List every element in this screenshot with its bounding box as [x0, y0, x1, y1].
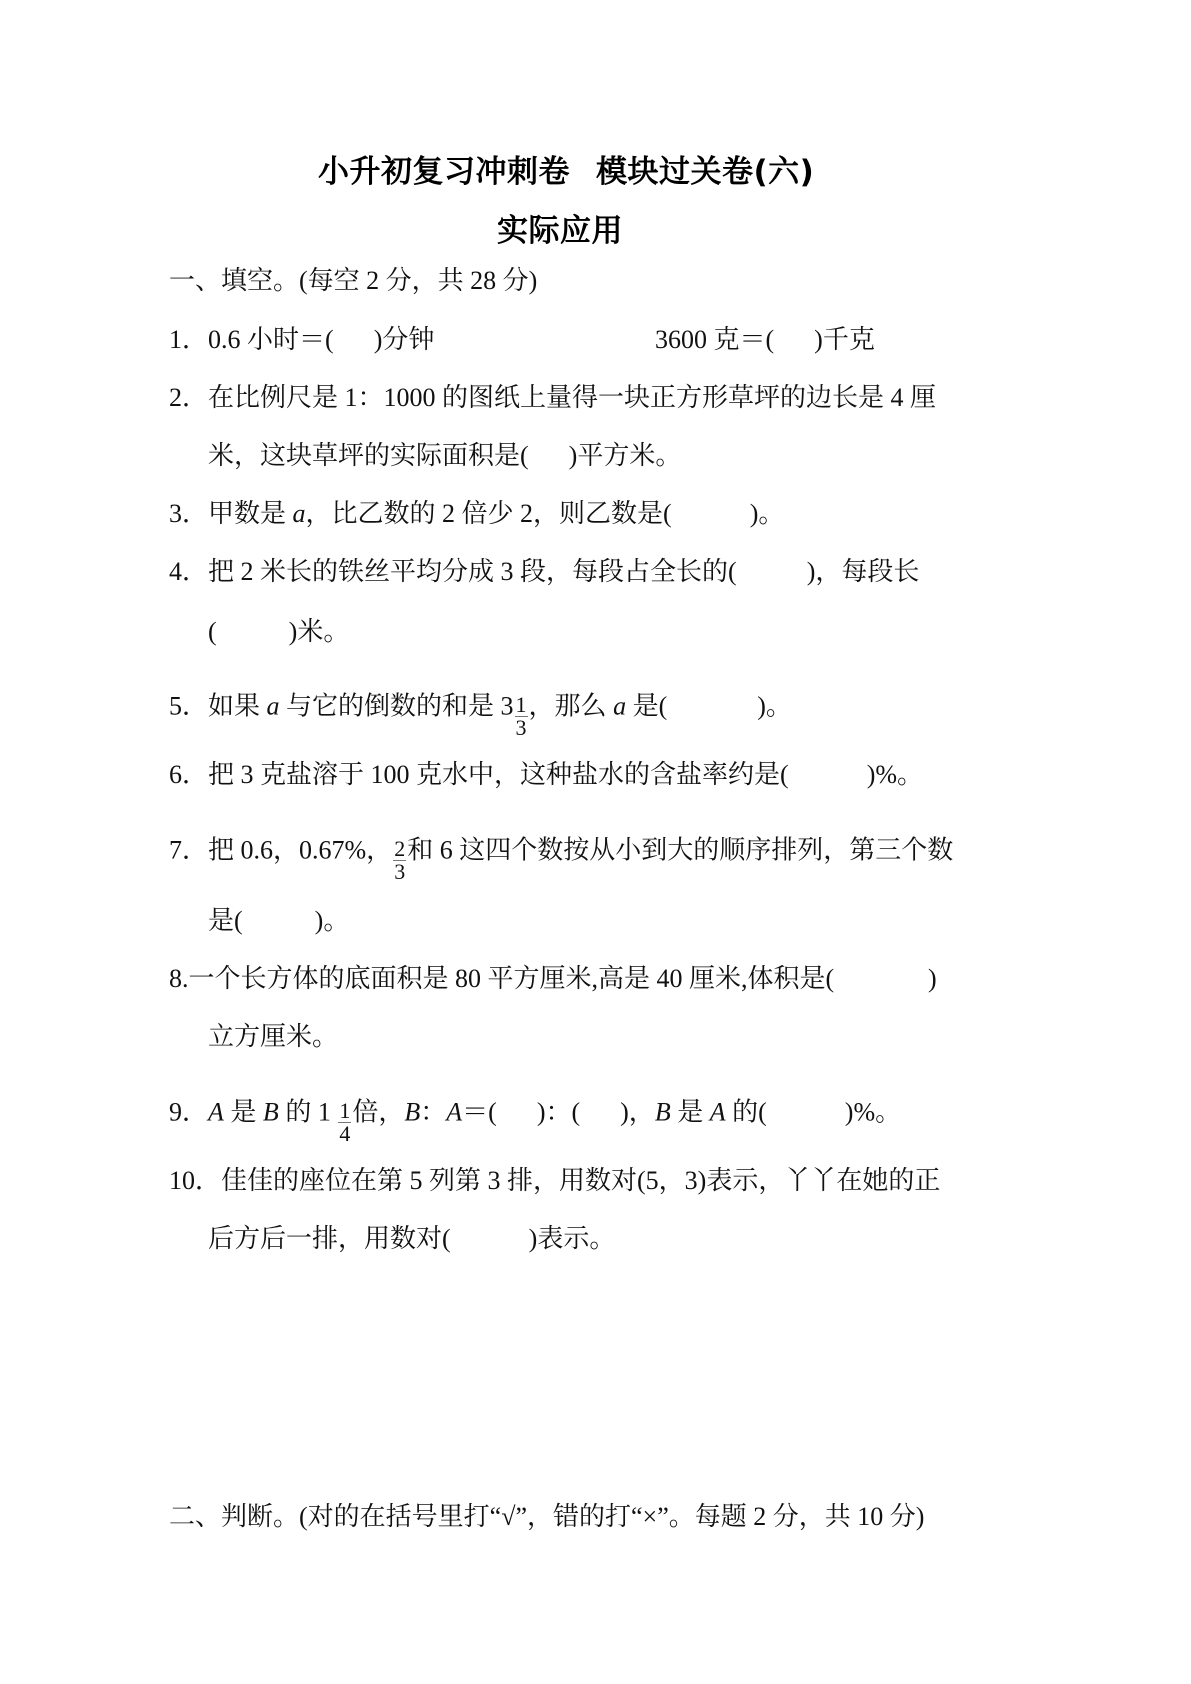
question-7: 7．把 0.6，0.67%，23和 6 这四个数按从小到大的顺序排列，第三个数	[169, 830, 953, 875]
question-number: 4．	[169, 557, 208, 586]
question-number: 10．	[169, 1166, 221, 1195]
section-2-heading: 二、判断。(对的在括号里打“√”，错的打“×”。每题 2 分，共 10 分)	[169, 1502, 924, 1532]
question-number: 1．	[169, 325, 208, 354]
exam-title-right: 模块过关卷(六)	[596, 146, 814, 191]
question-number: 6．	[169, 760, 208, 789]
question-2-line-2: 米，这块草坪的实际面积是()平方米。	[208, 441, 681, 471]
question-8-close-paren: )	[928, 964, 937, 994]
exam-subtitle: 实际应用	[497, 205, 623, 250]
question-9: 9．A 是 B 的 1 14倍，B：A＝()：()，B 是 A 的()%。	[169, 1092, 901, 1137]
variable-a: a	[267, 691, 280, 720]
question-number: 8.	[169, 964, 189, 993]
question-7-line-2: 是()。	[208, 906, 349, 936]
fraction-one-third: 13	[515, 694, 528, 739]
question-2: 2．在比例尺是 1：1000 的图纸上量得一块正方形草坪的边长是 4 厘	[169, 383, 936, 413]
question-4: 4．把 2 米长的铁丝平均分成 3 段，每段占全长的()，每段长	[169, 557, 919, 587]
question-number: 9．	[169, 1097, 208, 1126]
fraction-two-thirds: 23	[393, 838, 406, 883]
variable-a: a	[293, 499, 306, 528]
section-1-heading: 一、填空。(每空 2 分，共 28 分)	[169, 266, 537, 296]
exam-title-left: 小升初复习冲刺卷	[318, 146, 570, 191]
fraction-one-quarter: 14	[338, 1100, 351, 1145]
question-8: 8.一个长方体的底面积是 80 平方厘米,高是 40 厘米,体积是(	[169, 964, 834, 994]
question-1-part-b: 3600 克＝()千克	[655, 325, 875, 355]
question-number: 3．	[169, 499, 208, 528]
variable-a: a	[613, 691, 626, 720]
question-number: 7．	[169, 835, 208, 864]
question-6: 6．把 3 克盐溶于 100 克水中，这种盐水的含盐率约是()%。	[169, 760, 923, 790]
question-10: 10．佳佳的座位在第 5 列第 3 排，用数对(5，3)表示，丫丫在她的正	[169, 1166, 940, 1196]
question-8-line-2: 立方厘米。	[208, 1022, 338, 1052]
question-4-line-2: ()米。	[208, 617, 349, 647]
question-number: 5．	[169, 691, 208, 720]
question-10-line-2: 后方后一排，用数对()表示。	[208, 1224, 615, 1254]
question-number: 2．	[169, 383, 208, 412]
question-5: 5．如果 a 与它的倒数的和是 313，那么 a 是()。	[169, 686, 792, 731]
question-1: 1．0.6 小时＝()分钟	[169, 325, 434, 355]
question-3: 3．甲数是 a，比乙数的 2 倍少 2，则乙数是()。	[169, 499, 784, 529]
